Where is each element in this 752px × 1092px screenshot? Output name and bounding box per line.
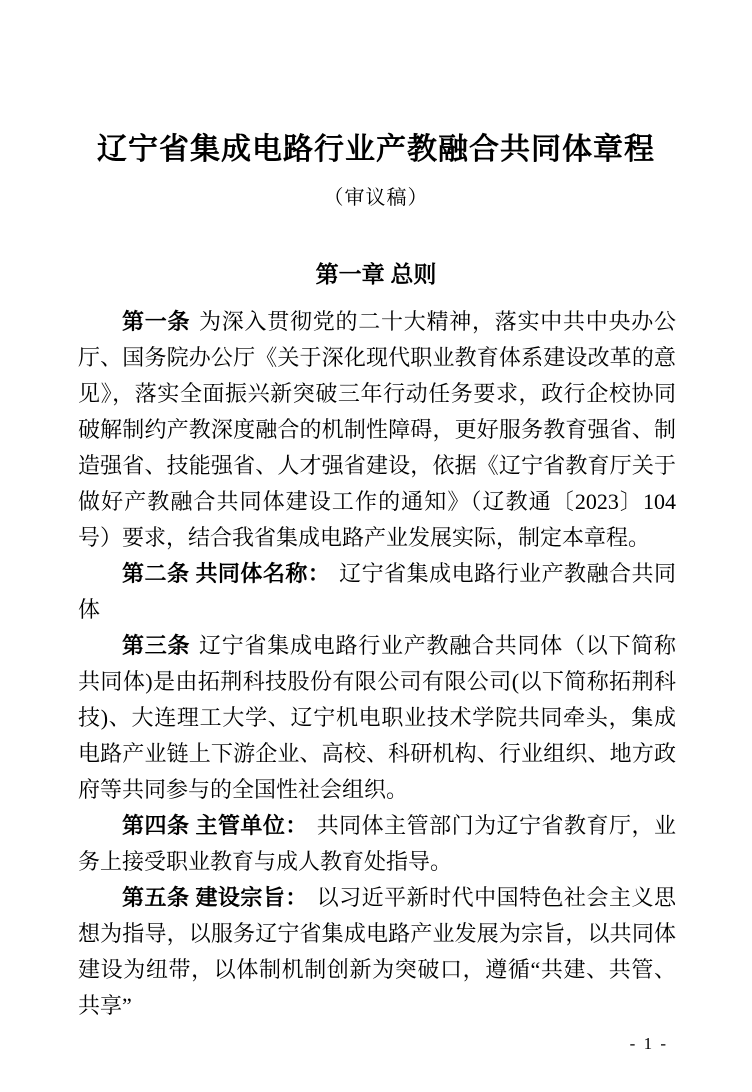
document-page: 辽宁省集成电路行业产教融合共同体章程 （审议稿） 第一章 总则 第一条为深入贯彻… [0,0,752,1092]
article-number: 第四条 主管单位： [122,813,317,838]
article-paragraph: 第一条为深入贯彻党的二十大精神，落实中共中央办公厅、国务院办公厅《关于深化现代职… [78,304,676,556]
page-number: - 1 - [630,1034,668,1054]
article-paragraph: 第四条 主管单位：共同体主管部门为辽宁省教育厅，业务上接受职业教育与成人教育处指… [78,808,676,880]
article-number: 第一条 [122,309,199,334]
document-title: 辽宁省集成电路行业产教融合共同体章程 [0,0,752,170]
article-paragraph: 第五条 建设宗旨：以习近平新时代中国特色社会主义思想为指导，以服务辽宁省集成电路… [78,880,676,1024]
article-number: 第二条 共同体名称： [122,561,339,586]
chapter-heading: 第一章 总则 [0,260,752,290]
article-number: 第三条 [122,633,199,658]
article-number: 第五条 建设宗旨： [122,885,317,910]
document-subtitle: （审议稿） [0,184,752,212]
article-paragraph: 第三条辽宁省集成电路行业产教融合共同体（以下简称共同体)是由拓荆科技股份有限公司… [78,628,676,808]
article-paragraph: 第二条 共同体名称：辽宁省集成电路行业产教融合共同体 [78,556,676,628]
document-body: 第一条为深入贯彻党的二十大精神，落实中共中央办公厅、国务院办公厅《关于深化现代职… [78,304,676,1024]
article-text: 辽宁省集成电路行业产教融合共同体（以下简称共同体)是由拓荆科技股份有限公司有限公… [78,633,676,802]
article-text: 为深入贯彻党的二十大精神，落实中共中央办公厅、国务院办公厅《关于深化现代职业教育… [78,309,676,550]
